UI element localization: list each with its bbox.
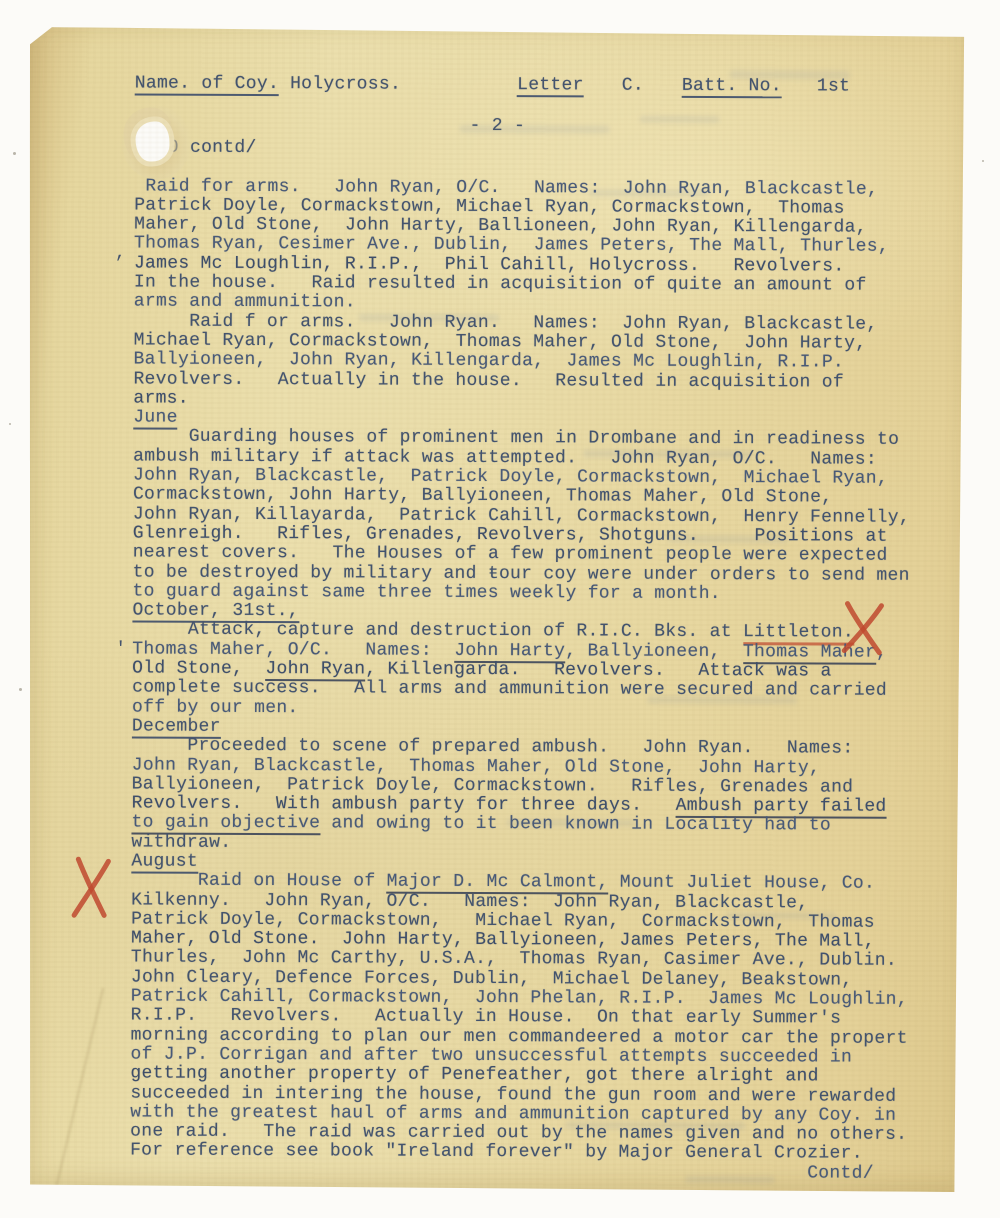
page-header: Name. of Coy.Holycross.LetterC.Batt. No.… <box>135 73 851 98</box>
stray-comma-mark: , <box>115 243 126 263</box>
text-line: 1920 contd/ <box>134 138 911 161</box>
text-line: Contd/ <box>130 1161 907 1184</box>
dust-speck <box>19 688 22 691</box>
battalion-value: 1st <box>817 76 850 96</box>
red-x-margin-mark <box>68 855 116 919</box>
punch-hole <box>135 121 169 161</box>
ink-bleed-ghost <box>640 116 720 123</box>
stray-pen-mark: ' <box>115 639 126 659</box>
text-line: Revolvers. Actually in the house. Result… <box>133 370 910 393</box>
text-line: to gain objective and owing to it been k… <box>131 814 908 837</box>
dust-speck <box>982 160 984 162</box>
coy-name-label: Name. of Coy. <box>135 73 279 96</box>
paper-crease <box>53 988 105 1195</box>
page-number: - 2 - <box>470 116 526 136</box>
dust-speck <box>13 152 16 155</box>
text-line: off by our men. <box>132 698 909 721</box>
document-body: 1920 contd/ Raid for arms. John Ryan, O/… <box>130 138 912 1183</box>
battalion-label: Batt. No. <box>682 76 782 98</box>
document-scan: Name. of Coy.Holycross.LetterC.Batt. No.… <box>0 0 1000 1218</box>
letter-value: C. <box>622 76 644 96</box>
paper-sheet: Name. of Coy.Holycross.LetterC.Batt. No.… <box>25 27 966 1192</box>
letter-label: Letter <box>517 75 584 97</box>
dust-speck <box>9 423 11 425</box>
coy-name-value: Holycross. <box>290 74 401 94</box>
